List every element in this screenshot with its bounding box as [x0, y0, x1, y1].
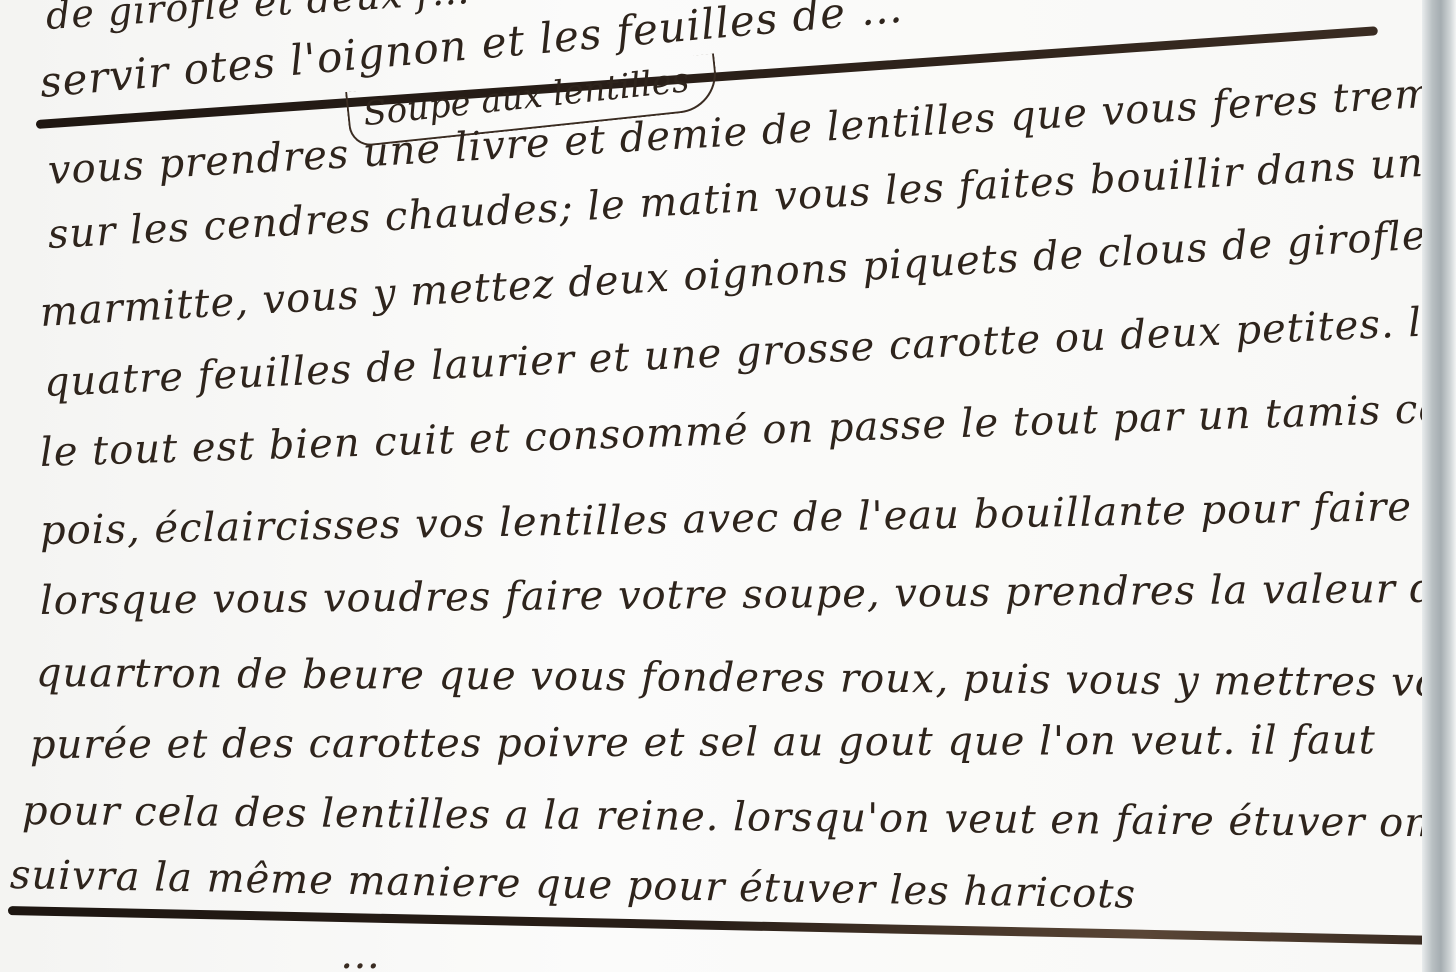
recipe-line-8: quartron de beure que vous fonderes roux…	[36, 650, 1456, 706]
page-edge	[1422, 0, 1456, 972]
recipe-line-11: suivra la même maniere que pour étuver l…	[10, 852, 1137, 918]
manuscript-page: de girofle et deux f… servir otes l'oign…	[0, 0, 1456, 972]
section-divider-bottom	[8, 906, 1428, 945]
recipe-line-10: pour cela des lentilles a la reine. lors…	[22, 788, 1431, 846]
recipe-line-7: lorsque vous voudres faire votre soupe, …	[40, 565, 1456, 624]
recipe-line-9: purée et des carottes poivre et sel au g…	[30, 717, 1376, 768]
recipe-line-6: pois, éclaircisses vos lentilles avec de…	[40, 480, 1456, 554]
next-recipe-fragment: …	[340, 932, 381, 972]
